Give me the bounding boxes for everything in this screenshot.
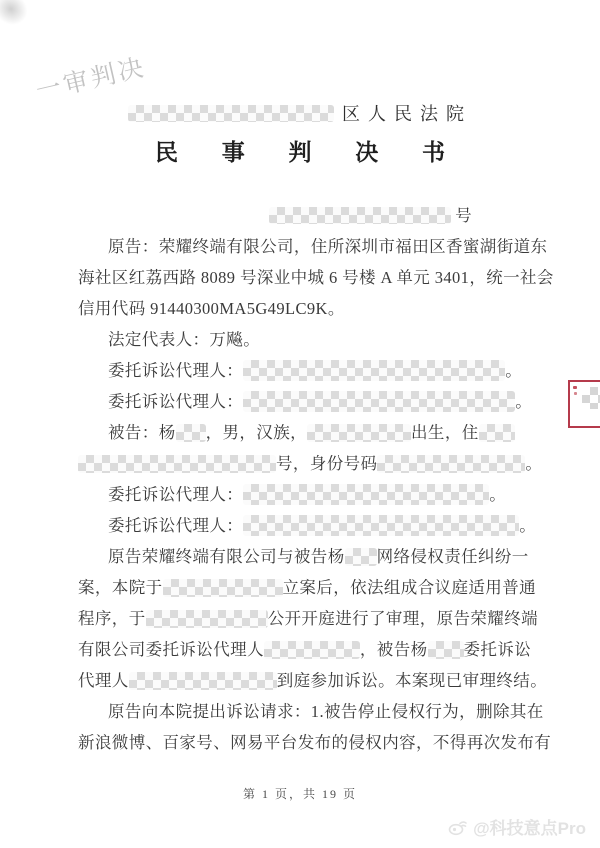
- text-segment: 。: [505, 361, 522, 380]
- text-segment: 。: [519, 516, 536, 535]
- document-line: 新浪微博、百家号、网易平台发布的侵权内容，不得再次发布有: [78, 727, 536, 758]
- document-line: 程序，于公开开庭进行了审理，原告荣耀终端: [78, 603, 536, 634]
- redaction-block: [264, 641, 360, 659]
- weibo-icon: [447, 818, 469, 836]
- text-segment: 代理人: [78, 671, 129, 690]
- redaction-block: [176, 424, 206, 442]
- document-line: 有限公司委托诉讼代理人，被告杨委托诉讼: [78, 634, 536, 665]
- court-name-line: 区人民法院: [0, 101, 600, 125]
- document-title: 民 事 判 决 书: [0, 134, 600, 167]
- text-segment: 案，本院于: [78, 578, 163, 597]
- redaction-block: [146, 610, 268, 628]
- redaction-block: [377, 455, 525, 473]
- text-segment: 被告：杨: [108, 423, 176, 442]
- text-segment: 海社区红荔西路 8089 号深业中城 6 号楼 A 单元 3401，统一社会: [78, 268, 554, 287]
- document-line: 委托诉讼代理人：。: [78, 355, 536, 386]
- text-segment: 。: [489, 485, 506, 504]
- document-line: 原告：荣耀终端有限公司，住所深圳市福田区香蜜湖街道东: [78, 231, 536, 262]
- text-segment: 有限公司委托诉讼代理人: [78, 640, 264, 659]
- document-line: 委托诉讼代理人：。: [78, 510, 536, 541]
- judgment-document-page: 一审判决 区人民法院 民 事 判 决 书 号原告：荣耀终端有限公司，住所深圳市福…: [0, 0, 600, 848]
- text-segment: 新浪微博、百家号、网易平台发布的侵权内容，不得再次发布有: [78, 733, 551, 752]
- redaction-block: [163, 579, 283, 597]
- document-body: 号原告：荣耀终端有限公司，住所深圳市福田区香蜜湖街道东海社区红荔西路 8089 …: [78, 200, 536, 758]
- weibo-handle: @科技意点Pro: [473, 814, 586, 839]
- text-segment: 委托诉讼: [464, 640, 532, 659]
- text-segment: 原告：荣耀终端有限公司，住所深圳市福田区香蜜湖街道东: [108, 237, 547, 256]
- redaction-block: [428, 641, 464, 659]
- text-segment: ，男，汉族，: [206, 423, 307, 442]
- text-segment: 。: [515, 392, 532, 411]
- redaction-block: [243, 360, 505, 381]
- redaction-block: [128, 105, 334, 122]
- text-segment: 号，身份号码: [276, 454, 377, 473]
- redaction-block: [582, 387, 600, 409]
- text-segment: 号: [451, 206, 472, 225]
- document-line: 号，身份号码。: [78, 448, 536, 479]
- document-line: 海社区红荔西路 8089 号深业中城 6 号楼 A 单元 3401，统一社会: [78, 262, 536, 293]
- text-segment: 出生，住: [411, 423, 479, 442]
- document-line: 案，本院于立案后，依法组成合议庭适用普通: [78, 572, 536, 603]
- text-segment: 公开开庭进行了审理，原告荣耀终端: [268, 609, 538, 628]
- court-name-suffix: 区人民法院: [342, 100, 472, 126]
- document-line: 代理人到庭参加诉讼。本案现已审理终结。: [78, 665, 536, 696]
- scan-smudge: [0, 0, 34, 31]
- text-segment: 网络侵权责任纠纷一: [377, 547, 529, 566]
- weibo-watermark: @科技意点Pro: [447, 814, 586, 839]
- text-segment: 委托诉讼代理人：: [108, 392, 243, 411]
- document-line: 信用代码 91440300MA5G49LC9K。: [78, 293, 536, 324]
- text-segment: 到庭参加诉讼。本案现已审理终结。: [277, 671, 547, 690]
- redacted-seal: [568, 380, 600, 428]
- redaction-block: [345, 548, 377, 566]
- text-segment: 程序，于: [78, 609, 146, 628]
- redaction-block: [243, 515, 519, 536]
- document-line: 法定代表人：万飚。: [78, 324, 536, 355]
- redaction-block: [307, 424, 411, 442]
- seal-mark: [573, 386, 577, 389]
- text-segment: ，被告杨: [360, 640, 428, 659]
- document-line: 原告荣耀终端有限公司与被告杨网络侵权责任纠纷一: [78, 541, 536, 572]
- text-segment: 法定代表人：万飚。: [108, 330, 260, 349]
- document-header: 区人民法院 民 事 判 决 书: [0, 101, 600, 167]
- text-segment: 立案后，依法组成合议庭适用普通: [283, 578, 537, 597]
- text-segment: 原告向本院提出诉讼请求：1.被告停止侵权行为，删除其在: [108, 702, 544, 721]
- text-segment: 。: [525, 454, 542, 473]
- page-number: 第 1 页，共 19 页: [0, 785, 600, 802]
- text-segment: 委托诉讼代理人：: [108, 485, 243, 504]
- document-line: 原告向本院提出诉讼请求：1.被告停止侵权行为，删除其在: [78, 696, 536, 727]
- document-line: 号: [78, 200, 536, 231]
- text-segment: 信用代码 91440300MA5G49LC9K。: [78, 299, 345, 318]
- redaction-block: [78, 455, 276, 473]
- seal-mark: [574, 392, 577, 395]
- text-segment: 委托诉讼代理人：: [108, 516, 243, 535]
- redaction-block: [269, 207, 451, 224]
- redaction-block: [243, 484, 489, 505]
- text-segment: 原告荣耀终端有限公司与被告杨: [108, 547, 345, 566]
- document-line: 被告：杨，男，汉族，出生，住: [78, 417, 536, 448]
- redaction-block: [243, 391, 515, 412]
- document-line: 委托诉讼代理人：。: [78, 386, 536, 417]
- first-instance-watermark: 一审判决: [32, 47, 149, 107]
- text-segment: 委托诉讼代理人：: [108, 361, 243, 380]
- redaction-block: [479, 424, 515, 442]
- redaction-block: [129, 672, 277, 690]
- document-line: 委托诉讼代理人：。: [78, 479, 536, 510]
